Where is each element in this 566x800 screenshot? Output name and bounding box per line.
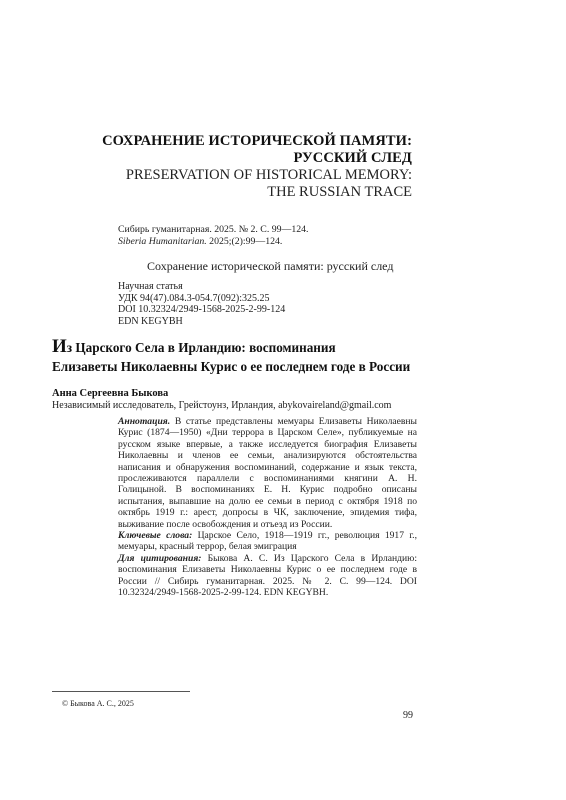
section-title-en-line2: THE RUSSIAN TRACE bbox=[126, 184, 412, 201]
citation-ru: Сибирь гуманитарная. 2025. № 2. С. 99—12… bbox=[118, 224, 308, 236]
keywords: Ключевые слова: Царское Село, 1918—1919 … bbox=[118, 530, 417, 553]
title-line1-text: з Царского Села в Ирландию: воспоминания bbox=[67, 340, 336, 355]
article-type: Научная статья bbox=[118, 281, 285, 293]
article-title-line2: Елизаветы Николаевны Курис о ее последне… bbox=[52, 357, 410, 376]
article-meta: Научная статья УДК 94(47).084.3-054.7(09… bbox=[118, 281, 285, 327]
author-name: Анна Сергеевна Быкова bbox=[52, 388, 168, 399]
page-number: 99 bbox=[403, 710, 413, 721]
keywords-label: Ключевые слова: bbox=[118, 530, 192, 541]
abstract: Аннотация. В статье представлены мемуары… bbox=[118, 416, 417, 530]
how-to-cite: Для цитирования: Быкова А. С. Из Царског… bbox=[118, 553, 417, 599]
citation-en-journal: Siberia Humanitarian. bbox=[118, 236, 207, 247]
section-title-ru-line1: СОХРАНЕНИЕ ИСТОРИЧЕСКОЙ ПАМЯТИ: bbox=[102, 133, 412, 150]
abstract-text: В статье представлены мемуары Елизаветы … bbox=[118, 416, 417, 530]
author-affiliation: Независимый исследователь, Грейстоунз, И… bbox=[52, 400, 391, 411]
section-title-ru: СОХРАНЕНИЕ ИСТОРИЧЕСКОЙ ПАМЯТИ: РУССКИЙ … bbox=[102, 133, 412, 167]
section-title-ru-line2: РУССКИЙ СЛЕД bbox=[102, 150, 412, 167]
how-to-cite-label: Для цитирования: bbox=[118, 553, 201, 564]
abstract-label: Аннотация. bbox=[118, 416, 170, 427]
abstract-block: Аннотация. В статье представлены мемуары… bbox=[118, 416, 417, 599]
udk-code: УДК 94(47).084.3-054.7(092):325.25 bbox=[118, 293, 285, 305]
footnote-divider bbox=[52, 691, 190, 692]
title-dropcap: И bbox=[52, 336, 67, 357]
article-title: Из Царского Села в Ирландию: воспоминани… bbox=[52, 337, 410, 376]
citation-en-details: 2025;(2):99—124. bbox=[207, 236, 283, 247]
copyright-footnote: © Быкова А. С., 2025 bbox=[62, 699, 134, 708]
section-title-en: PRESERVATION OF HISTORICAL MEMORY: THE R… bbox=[126, 167, 412, 201]
rubric: Сохранение исторической памяти: русский … bbox=[147, 259, 393, 274]
doi: DOI 10.32324/2949-1568-2025-2-99-124 bbox=[118, 304, 285, 316]
section-title-en-line1: PRESERVATION OF HISTORICAL MEMORY: bbox=[126, 167, 412, 184]
citation-en: Siberia Humanitarian. 2025;(2):99—124. bbox=[118, 236, 282, 248]
edn: EDN KEGYBH bbox=[118, 316, 285, 328]
article-title-line1: Из Царского Села в Ирландию: воспоминани… bbox=[52, 337, 410, 357]
